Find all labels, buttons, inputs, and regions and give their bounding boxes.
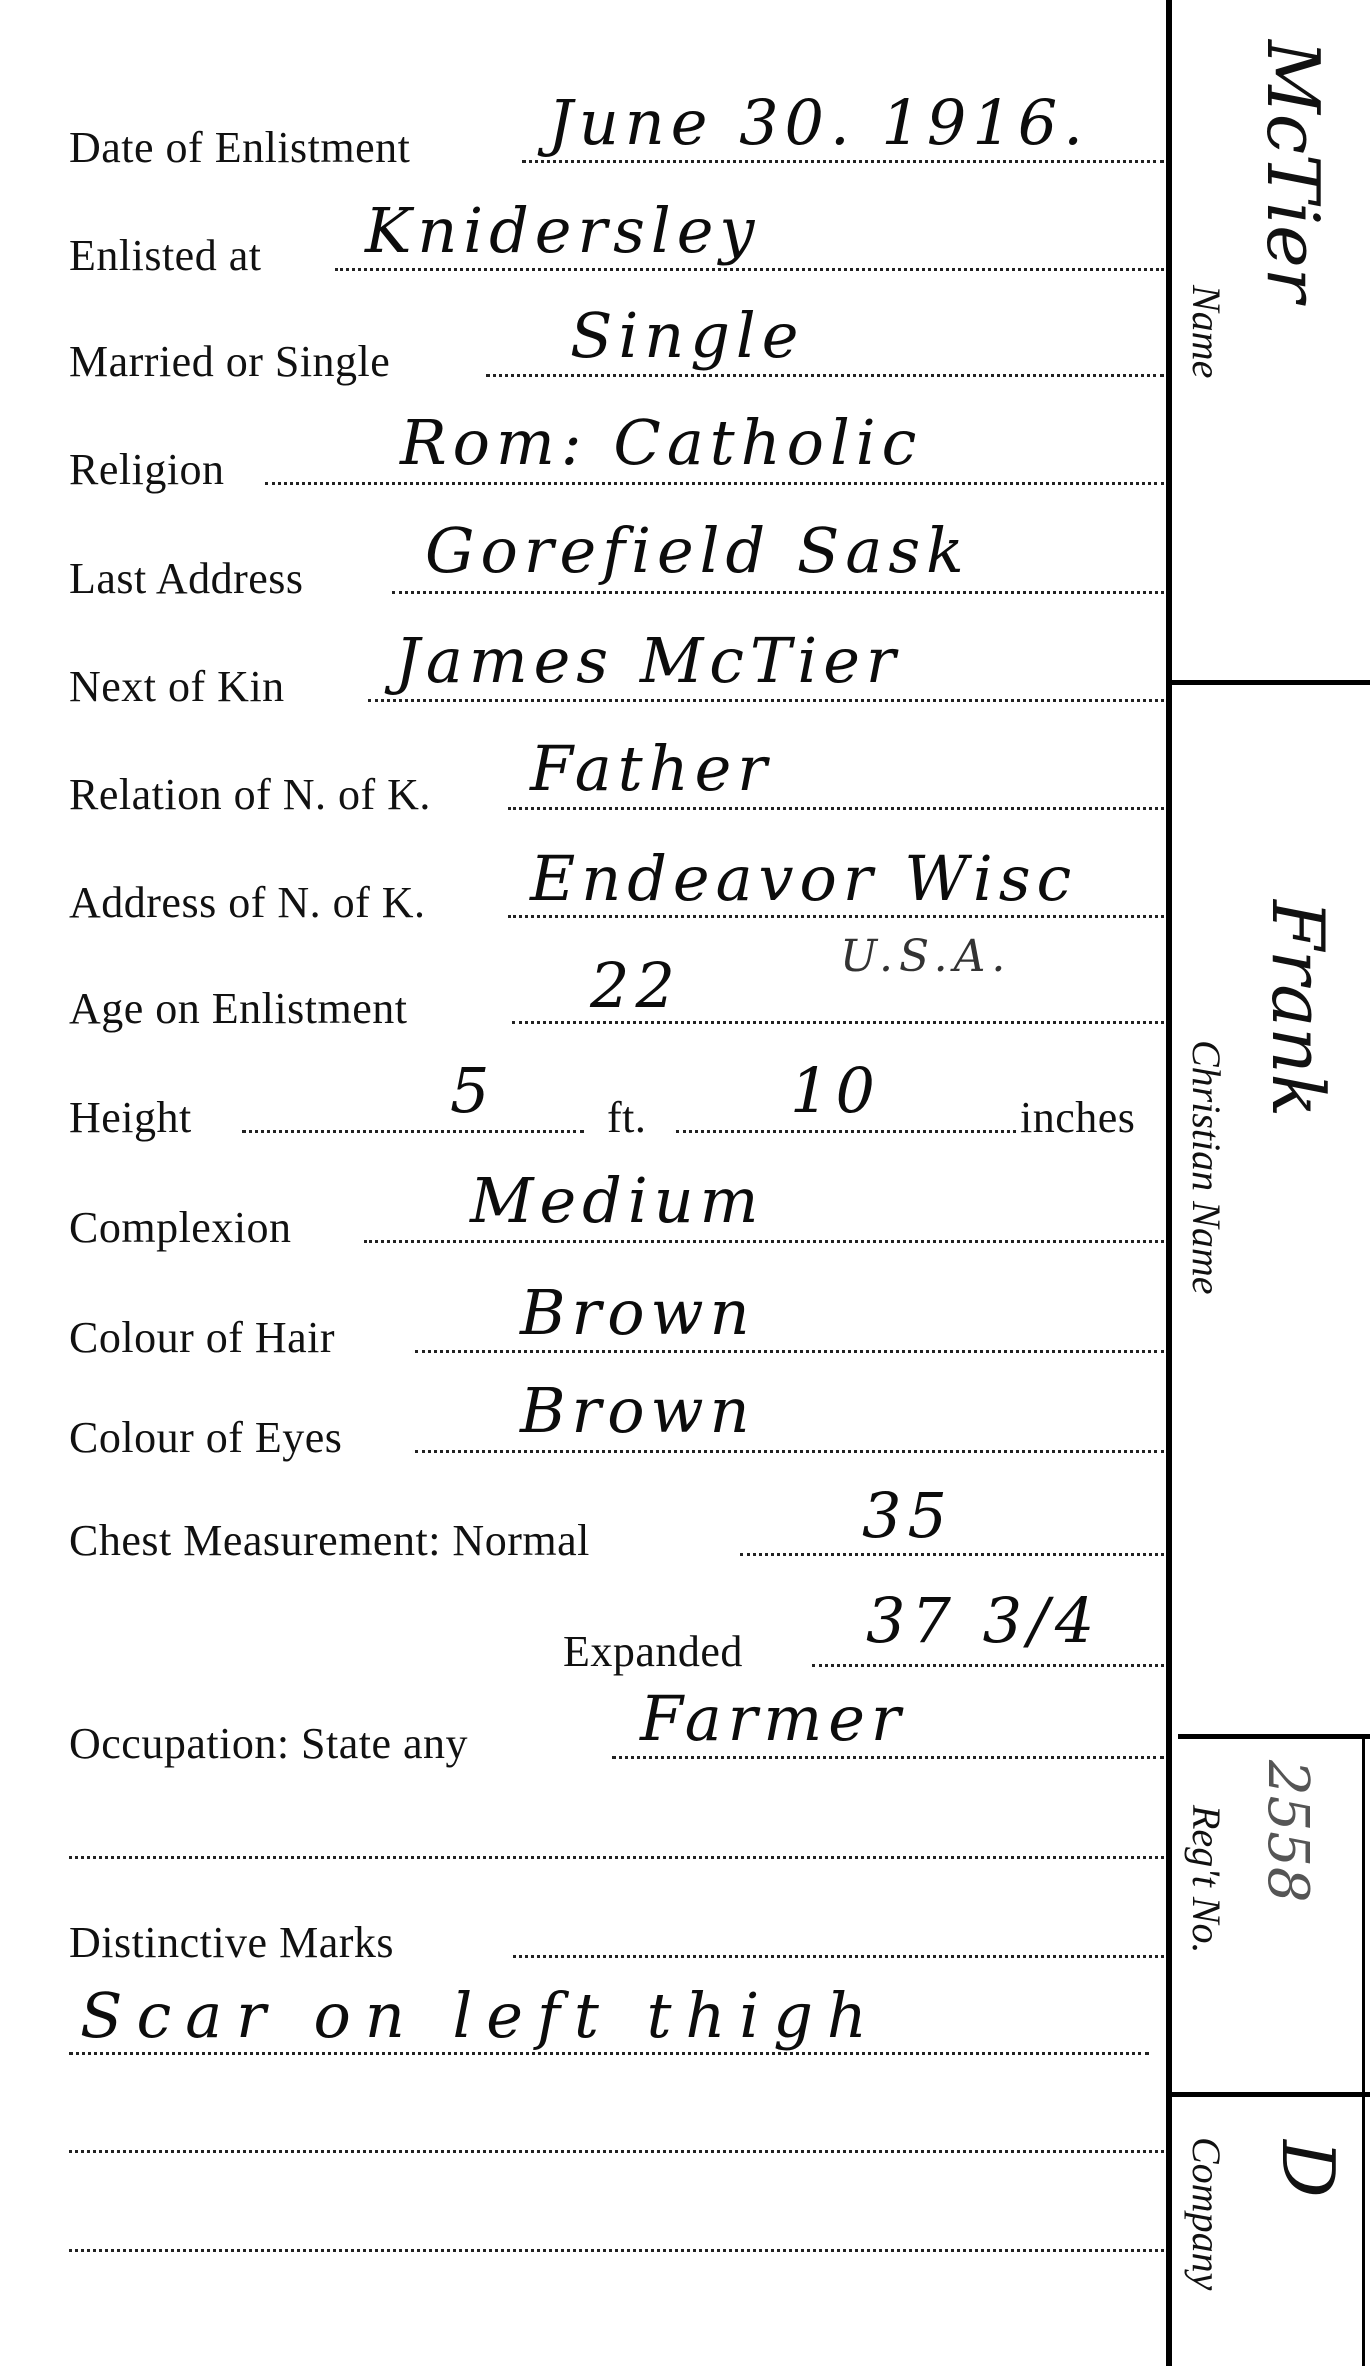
label-height: Height xyxy=(69,1096,192,1140)
value-enlisted-at: Knidersley xyxy=(365,200,760,262)
dotted-line xyxy=(508,807,1164,810)
label-name: Name xyxy=(1183,285,1230,378)
dotted-line xyxy=(69,2150,1164,2153)
value-chest-expanded: 37 3/4 xyxy=(866,1590,1100,1652)
value-christian-name: Frank xyxy=(1256,900,1340,1117)
label-chest-expanded: Expanded xyxy=(563,1630,743,1674)
dotted-line xyxy=(242,1130,584,1133)
label-distinctive-marks: Distinctive Marks xyxy=(69,1921,394,1965)
label-married-or-single: Married or Single xyxy=(69,340,390,384)
dotted-line xyxy=(364,1240,1164,1243)
value-date-of-enlistment: June 30. 1916. xyxy=(548,92,1089,154)
value-address-of-next-of-kin: Endeavor Wisc xyxy=(530,848,1077,910)
divider-company xyxy=(1172,2092,1370,2097)
label-date-of-enlistment: Date of Enlistment xyxy=(69,126,410,170)
value-regt-no: 2558 xyxy=(1255,1760,1320,1903)
label-colour-of-eyes: Colour of Eyes xyxy=(69,1416,342,1460)
label-christian-name: Christian Name xyxy=(1183,1040,1230,1294)
value-age-on-enlistment: 22 xyxy=(590,955,681,1017)
dotted-line xyxy=(335,268,1164,271)
dotted-line xyxy=(676,1130,1016,1133)
dotted-line xyxy=(513,1955,1164,1958)
value-colour-of-hair: Brown xyxy=(520,1282,756,1344)
dotted-line xyxy=(69,2052,1149,2055)
dotted-line xyxy=(368,699,1164,702)
minor-divider xyxy=(1362,1734,1365,2366)
label-relation-of-next-of-kin: Relation of N. of K. xyxy=(69,773,431,817)
dotted-line xyxy=(612,1756,1164,1759)
dotted-line xyxy=(522,160,1164,163)
dotted-line xyxy=(69,1856,1164,1859)
label-colour-of-hair: Colour of Hair xyxy=(69,1316,335,1360)
value-name: McTier xyxy=(1251,40,1335,302)
label-height-ft: ft. xyxy=(607,1096,646,1140)
value-last-address: Gorefield Sask xyxy=(425,520,970,582)
label-next-of-kin: Next of Kin xyxy=(69,665,285,709)
label-chest-measurement-normal: Chest Measurement: Normal xyxy=(69,1519,590,1563)
dotted-line xyxy=(415,1450,1164,1453)
value-height-feet: 5 xyxy=(450,1060,495,1122)
label-complexion: Complexion xyxy=(69,1206,292,1250)
dotted-line xyxy=(508,915,1164,918)
label-address-of-next-of-kin: Address of N. of K. xyxy=(69,881,426,925)
value-relation-of-next-of-kin: Father xyxy=(530,738,773,800)
divider-regt xyxy=(1178,1734,1370,1739)
value-complexion: Medium xyxy=(470,1170,764,1232)
value-religion: Rom: Catholic xyxy=(400,412,922,474)
label-regt-no: Reg't No. xyxy=(1183,1805,1230,1954)
main-divider xyxy=(1166,0,1172,2366)
label-company: Company xyxy=(1183,2137,1230,2290)
divider-name xyxy=(1172,680,1370,685)
label-age-on-enlistment: Age on Enlistment xyxy=(69,987,407,1031)
label-occupation: Occupation: State any xyxy=(69,1722,468,1766)
label-enlisted-at: Enlisted at xyxy=(69,234,261,278)
dotted-line xyxy=(392,591,1164,594)
label-height-inches: inches xyxy=(1020,1096,1135,1140)
value-next-of-kin: James McTier xyxy=(395,630,902,692)
value-occupation: Farmer xyxy=(640,1688,907,1750)
label-religion: Religion xyxy=(69,448,225,492)
dotted-line xyxy=(740,1553,1164,1556)
value-company: D xyxy=(1266,2140,1350,2198)
value-chest-normal: 35 xyxy=(862,1485,953,1547)
dotted-line xyxy=(265,482,1164,485)
dotted-line xyxy=(415,1350,1164,1353)
value-distinctive-marks: Scar on left thigh xyxy=(80,1985,881,2047)
value-colour-of-eyes: Brown xyxy=(520,1380,756,1442)
dotted-line xyxy=(69,2249,1164,2252)
value-married-or-single: Single xyxy=(570,305,804,367)
value-address-of-next-of-kin-country: U.S.A. xyxy=(840,935,1011,979)
value-height-inches: 10 xyxy=(790,1060,881,1122)
label-last-address: Last Address xyxy=(69,557,304,601)
dotted-line xyxy=(486,374,1164,377)
dotted-line xyxy=(812,1664,1164,1667)
